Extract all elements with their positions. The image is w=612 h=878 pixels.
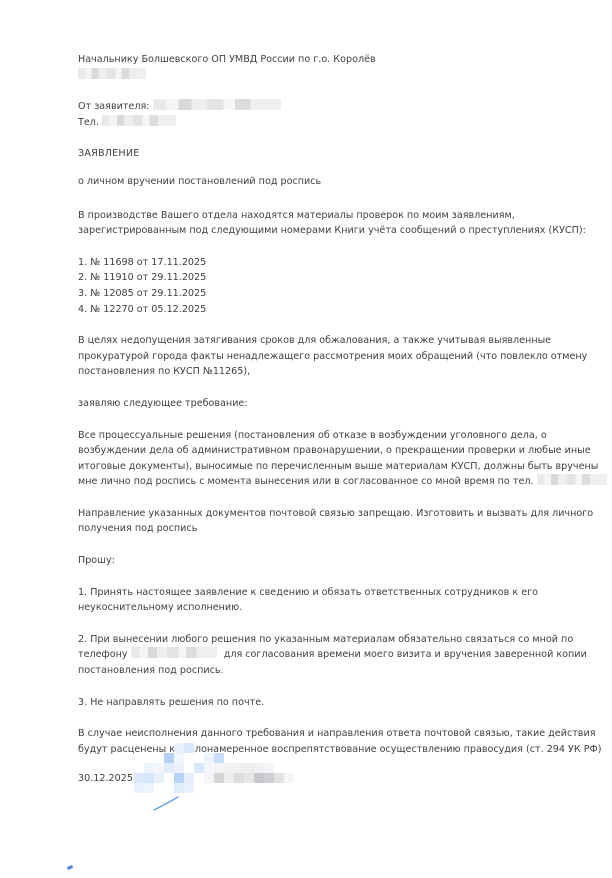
requirement-paragraph: Все процессуальные решения (постановлени…: [78, 428, 598, 490]
reason-line: В целях недопущения затягивания сроков д…: [78, 333, 598, 349]
requirement-line: Все процессуальные решения (постановлени…: [78, 428, 598, 444]
requirement-line: итоговые документы), выносимые по перечи…: [78, 459, 598, 475]
requirement-line: возбуждении дела об административном пра…: [78, 443, 598, 459]
document-subtitle: о личном вручении постановлений под росп…: [78, 174, 598, 190]
document-title: ЗАЯВЛЕНИЕ: [78, 146, 598, 162]
request-3: 3. Не направлять решения по почте.: [78, 695, 598, 711]
mail-ban-paragraph: Направление указанных документов почтово…: [78, 506, 598, 537]
applicant-tel: Тел.: [78, 115, 598, 131]
request-line: неукоснительному исполнению.: [78, 600, 598, 616]
kusp-item: 2. № 11910 от 29.11.2025: [78, 270, 598, 286]
signature-date: 30.12.2025: [78, 771, 133, 787]
redacted-applicant-name: [153, 99, 281, 110]
kusp-item: 1. № 11698 от 17.11.2025: [78, 255, 598, 271]
request-line-suffix: для согласования времени моего визита и …: [224, 649, 587, 660]
applicant-from: От заявителя:: [78, 99, 598, 115]
signature-stroke-icon: [152, 793, 182, 813]
intro-line: В производстве Вашего отдела находятся м…: [78, 208, 598, 224]
request-line: 1. Принять настоящее заявление к сведени…: [78, 585, 598, 601]
request-line-prefix: телефону: [78, 649, 128, 660]
pen-mark-icon: [67, 865, 74, 870]
kusp-list: 1. № 11698 от 17.11.2025 2. № 11910 от 2…: [78, 255, 598, 317]
redacted-addressee-name: [78, 68, 146, 79]
reason-paragraph: В целях недопущения затягивания сроков д…: [78, 333, 598, 380]
intro-paragraph: В производстве Вашего отдела находятся м…: [78, 208, 598, 239]
request-1: 1. Принять настоящее заявление к сведени…: [78, 585, 598, 616]
ask-label: Прошу:: [78, 553, 598, 569]
reason-line: прокуратурой города факты ненадлежащего …: [78, 349, 598, 365]
intro-line: зарегистрированным под следующими номера…: [78, 223, 598, 239]
kusp-item: 3. № 12085 от 29.11.2025: [78, 286, 598, 302]
declare-line: заявляю следующее требование:: [78, 396, 598, 412]
requirement-line: мне лично под роспись с момента вынесени…: [78, 476, 534, 487]
applicant-from-label: От заявителя:: [78, 101, 149, 112]
request-2: 2. При вынесении любого решения по указа…: [78, 632, 598, 679]
redacted-phone: [537, 474, 607, 485]
requirement-line-with-phone: мне лично под роспись с момента вынесени…: [78, 474, 598, 490]
redacted-phone: [131, 647, 217, 658]
mail-ban-line: Направление указанных документов почтово…: [78, 506, 598, 522]
applicant-tel-label: Тел.: [78, 117, 99, 128]
request-line: 2. При вынесении любого решения по указа…: [78, 632, 598, 648]
addressee-name: [78, 68, 598, 84]
request-line-with-phone: телефону для согласования времени моего …: [78, 647, 598, 663]
redacted-applicant-phone: [102, 115, 176, 126]
reason-line: постановления по КУСП №11265),: [78, 364, 598, 380]
request-line: постановления под роспись.: [78, 663, 598, 679]
kusp-item: 4. № 12270 от 05.12.2025: [78, 302, 598, 318]
warning-line: В случае неисполнения данного требования…: [78, 726, 598, 742]
mail-ban-line: получения под роспись: [78, 521, 598, 537]
addressee-position: Начальнику Болшевского ОП УМВД России по…: [78, 52, 598, 68]
document-page: Начальнику Болшевского ОП УМВД России по…: [78, 52, 598, 757]
signature-block: 30.12.2025: [78, 771, 378, 801]
